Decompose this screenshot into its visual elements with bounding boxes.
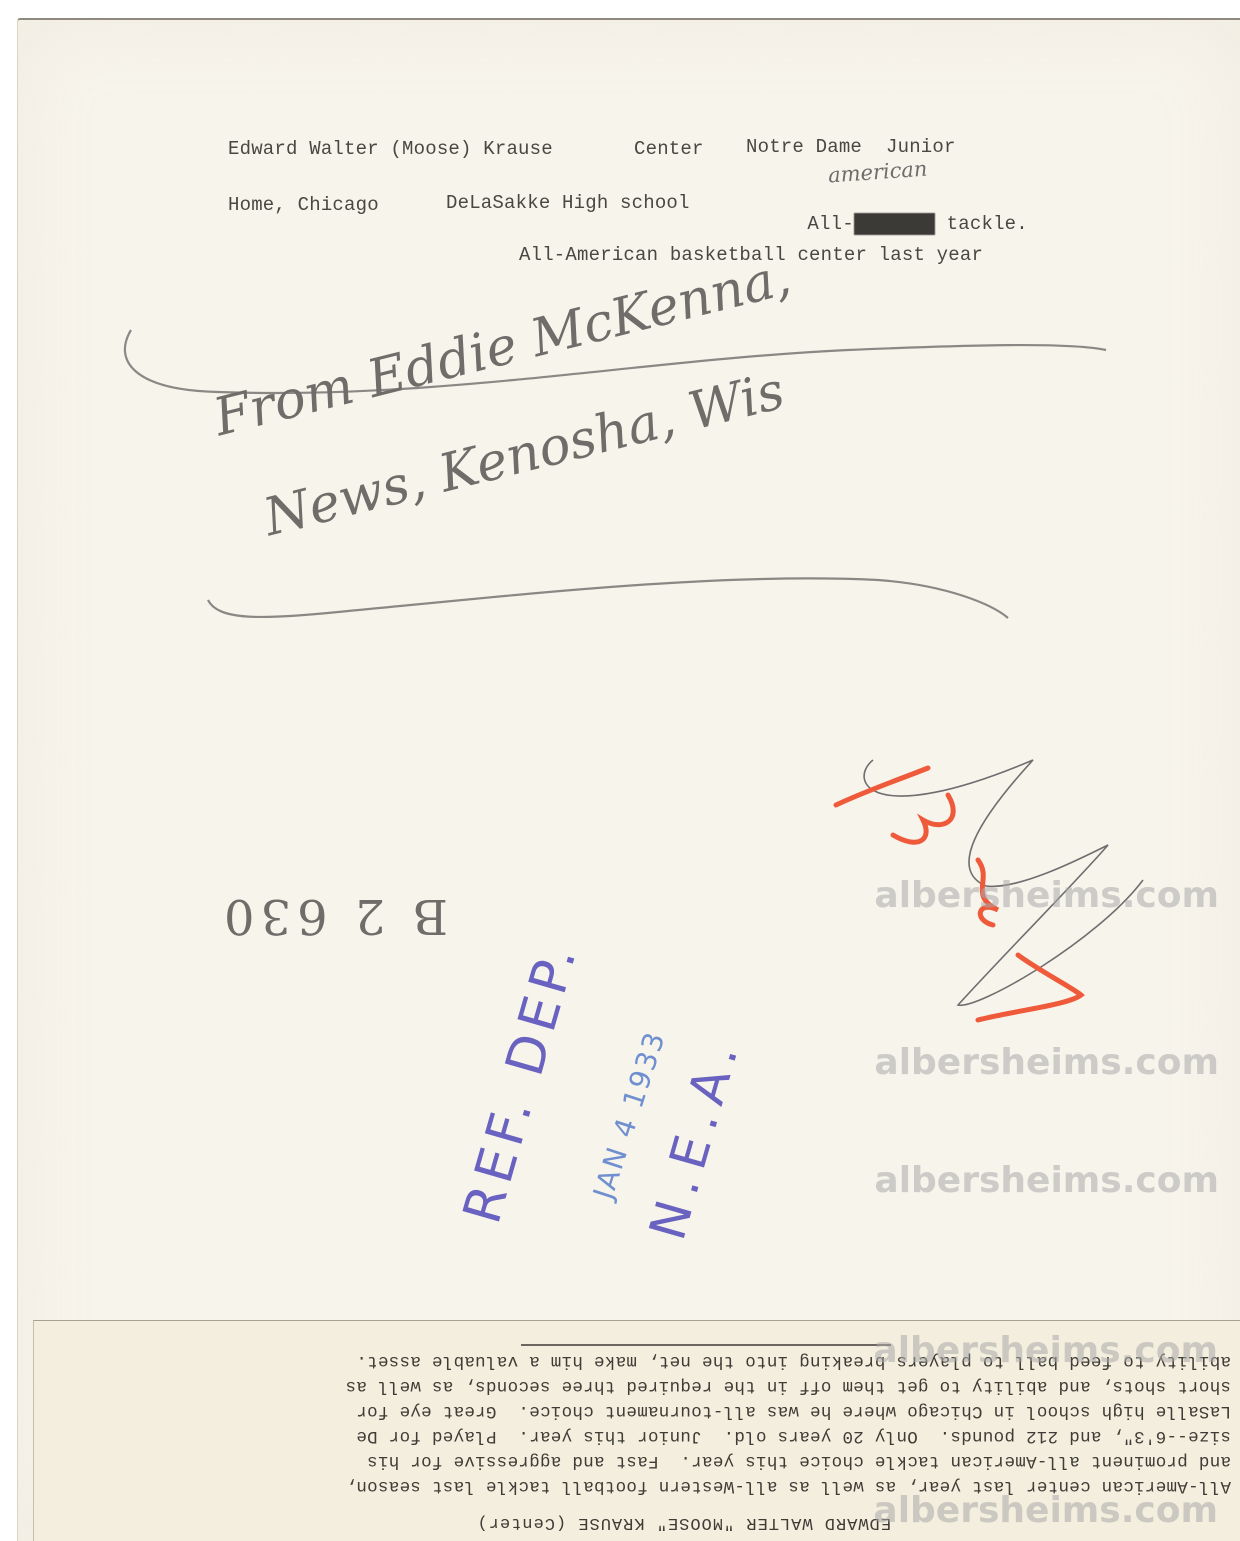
clipping-line: size--6'3", and 212 pounds. Only 20 year… — [356, 1426, 1231, 1446]
watermark: albersheims.com — [873, 1490, 1218, 1531]
clipping-line: and prominent all-American tackle choice… — [367, 1451, 1231, 1471]
watermark: albersheims.com — [874, 1042, 1219, 1083]
clipping-rule — [521, 1344, 891, 1346]
watermark: albersheims.com — [873, 1330, 1218, 1371]
clipping-headline: EDWARD WALTER "MOOSE" KRAUSE (Center) — [477, 1513, 891, 1532]
watermark: albersheims.com — [874, 875, 1219, 916]
catalog-number: B 2 630 — [218, 888, 448, 944]
watermark: albersheims.com — [874, 1160, 1219, 1201]
clipping-line: short shots, and ability to get them off… — [345, 1376, 1231, 1396]
photo-back-page: Edward Walter (Moose) Krause Center Notr… — [17, 18, 1240, 1541]
clipping-line: LaSalle high school in Chicago where he … — [356, 1401, 1231, 1421]
